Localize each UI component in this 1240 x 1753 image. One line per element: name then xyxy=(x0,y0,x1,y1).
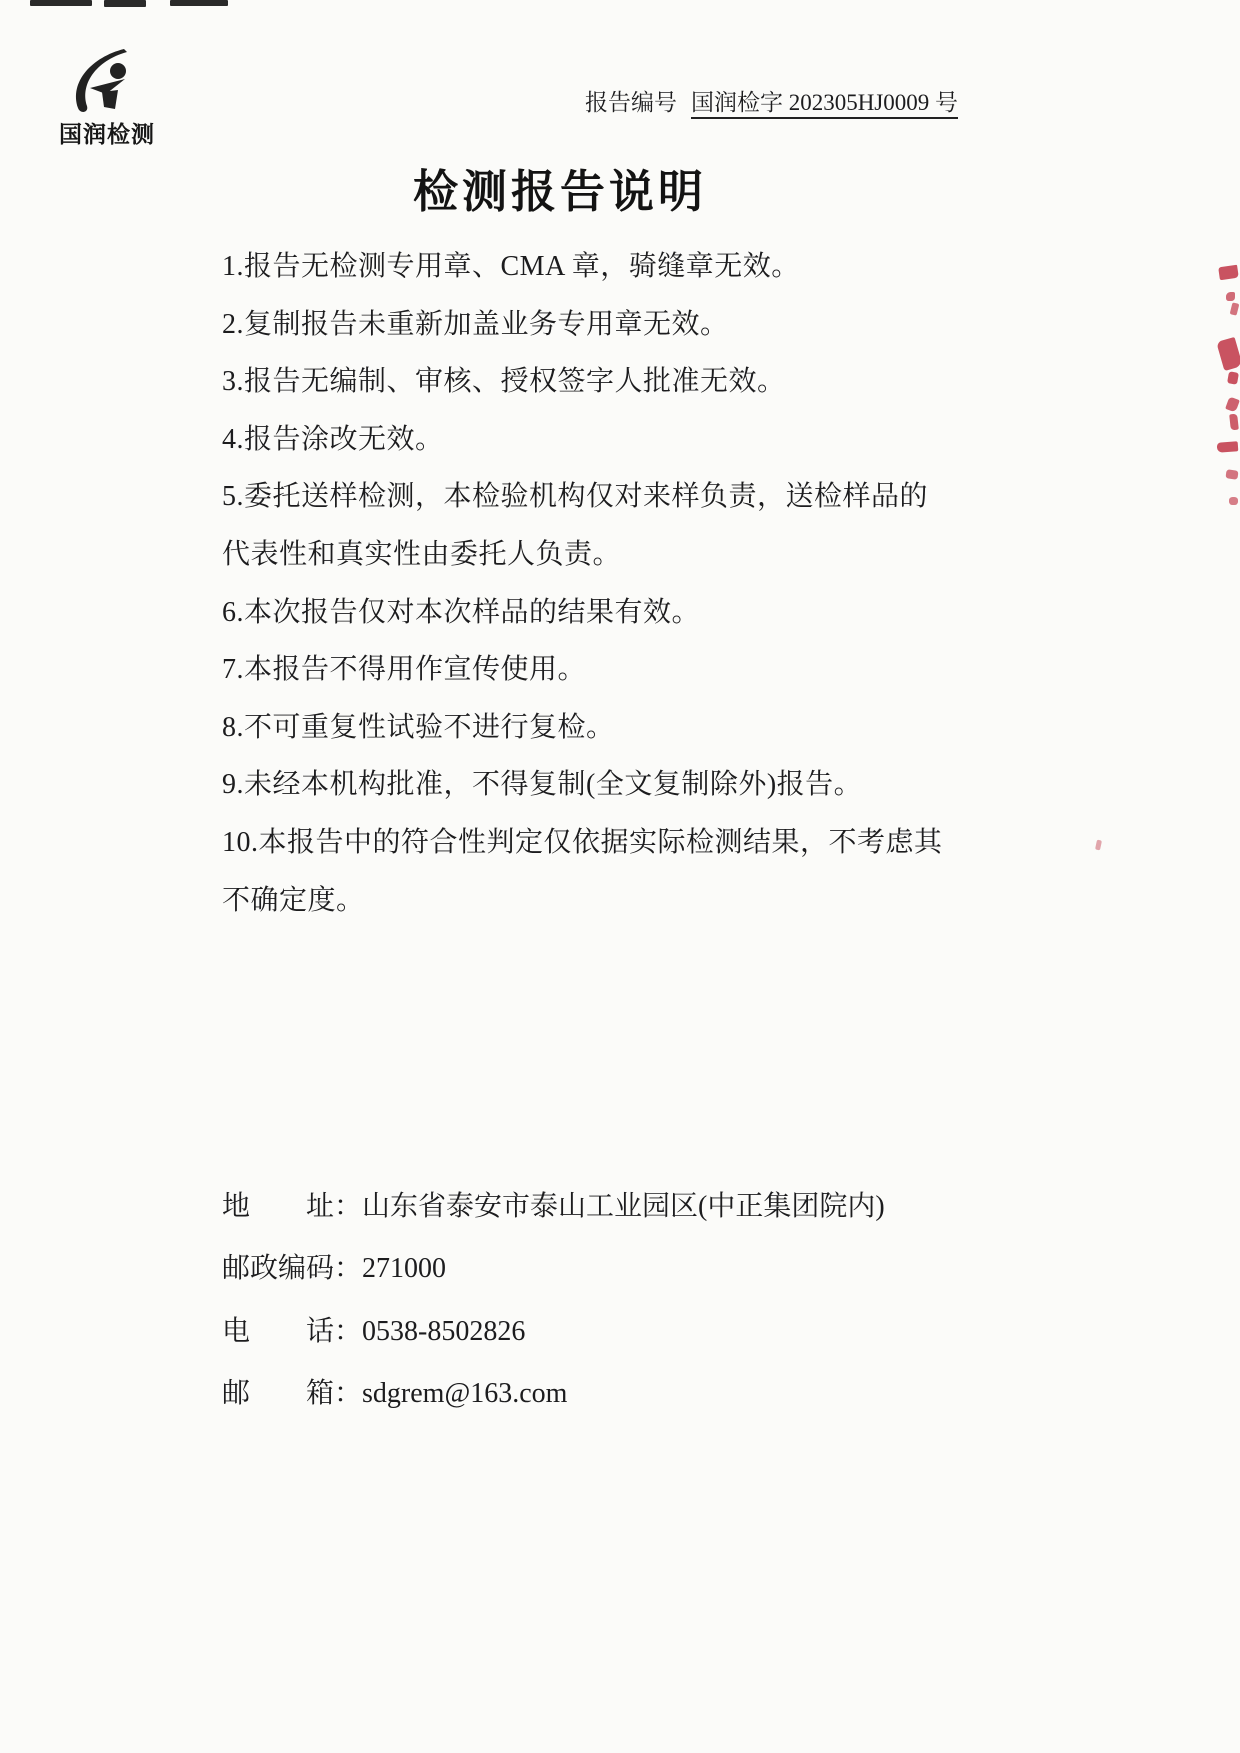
contact-address-row: 地 址：山东省泰安市泰山工业园区(中正集团院内) xyxy=(222,1176,982,1238)
report-number-line: 报告编号国润检字 202305HJ0009 号 xyxy=(0,84,958,117)
red-seal-fragment xyxy=(1225,469,1238,480)
note-item-2: 2.复制报告未重新加盖业务专用章无效。 xyxy=(222,296,954,354)
logo-text: 国润检测 xyxy=(52,116,162,149)
page-title: 检测报告说明 xyxy=(0,155,1120,220)
red-seal-fragment xyxy=(1225,397,1240,413)
red-seal-fragment xyxy=(1229,414,1239,431)
note-item-5: 5.委托送样检测，本检验机构仅对来样负责，送检样品的代表性和真实性由委托人负责。 xyxy=(222,468,954,583)
report-number-label: 报告编号 xyxy=(585,90,677,115)
red-seal-fragment xyxy=(1226,292,1235,301)
postcode-label: 邮政编码： xyxy=(222,1253,362,1284)
note-item-4: 4.报告涂改无效。 xyxy=(222,411,954,469)
phone-value: 0538-8502826 xyxy=(362,1316,525,1347)
red-seal-fragment xyxy=(1227,371,1239,385)
email-label: 邮 箱： xyxy=(222,1378,362,1409)
email-value: sdgrem@163.com xyxy=(362,1378,567,1409)
red-seal-fragment xyxy=(1218,265,1239,281)
address-label: 地 址： xyxy=(222,1191,362,1222)
phone-label: 电 话： xyxy=(222,1316,362,1347)
red-seal-fragment xyxy=(1229,497,1238,505)
postcode-value: 271000 xyxy=(362,1253,446,1284)
red-seal-fragment xyxy=(1216,337,1240,371)
note-item-7: 7.本报告不得用作宣传使用。 xyxy=(222,641,954,699)
scan-artifact xyxy=(104,0,146,7)
red-seal-fragment xyxy=(1217,441,1239,452)
scan-artifact xyxy=(30,0,92,6)
red-seal-fragment xyxy=(1095,840,1102,851)
scanned-report-page: { "page": { "background": "#fbfbf9", "te… xyxy=(0,0,1240,1753)
contact-block: 地 址：山东省泰安市泰山工业园区(中正集团院内) 邮政编码：271000 电 话… xyxy=(222,1176,982,1425)
red-seal-fragment xyxy=(1230,302,1240,315)
contact-postcode-row: 邮政编码：271000 xyxy=(222,1238,982,1300)
note-item-3: 3.报告无编制、审核、授权签字人批准无效。 xyxy=(222,353,954,411)
note-item-8: 8.不可重复性试验不进行复检。 xyxy=(222,699,954,757)
note-item-6: 6.本次报告仅对本次样品的结果有效。 xyxy=(222,584,954,642)
note-item-9: 9.未经本机构批准，不得复制(全文复制除外)报告。 xyxy=(222,756,954,814)
contact-phone-row: 电 话：0538-8502826 xyxy=(222,1301,982,1363)
address-value: 山东省泰安市泰山工业园区(中正集团院内) xyxy=(362,1191,885,1222)
contact-email-row: 邮 箱：sdgrem@163.com xyxy=(222,1363,982,1425)
report-number-value: 国润检字 202305HJ0009 号 xyxy=(691,90,958,119)
notes-list: 1.报告无检测专用章、CMA 章，骑缝章无效。 2.复制报告未重新加盖业务专用章… xyxy=(222,238,954,929)
note-item-10: 10.本报告中的符合性判定仅依据实际检测结果，不考虑其不确定度。 xyxy=(222,814,954,929)
note-item-1: 1.报告无检测专用章、CMA 章，骑缝章无效。 xyxy=(222,238,954,296)
scan-artifact xyxy=(170,0,228,6)
